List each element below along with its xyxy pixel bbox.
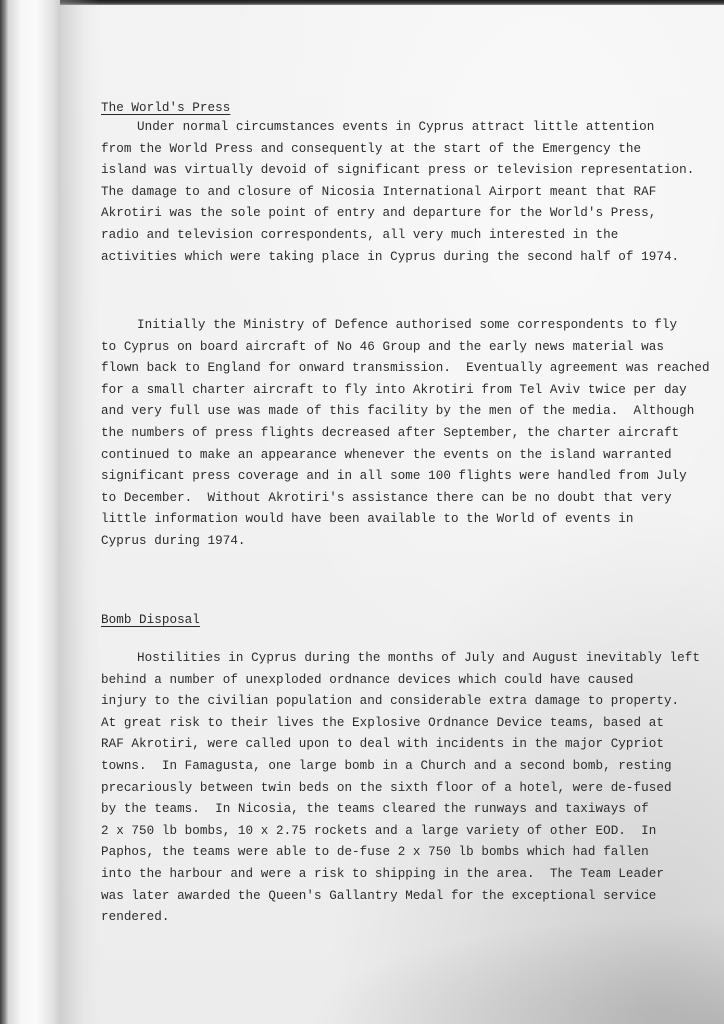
text-line: activities which were taking place in Cy…	[101, 247, 694, 269]
text-line: towns. In Famagusta, one large bomb in a…	[101, 756, 700, 778]
text-line: RAF Akrotiri, were called upon to deal w…	[101, 734, 700, 756]
text-line: Paphos, the teams were able to de-fuse 2…	[101, 842, 700, 864]
text-line: flown back to England for onward transmi…	[101, 358, 710, 380]
text-line: The damage to and closure of Nicosia Int…	[101, 182, 694, 204]
paragraph: Hostilities in Cyprus during the months …	[101, 648, 700, 929]
text-line: Hostilities in Cyprus during the months …	[101, 648, 700, 670]
text-line: radio and television correspondents, all…	[101, 225, 694, 247]
text-line: behind a number of unexploded ordnance d…	[101, 670, 700, 692]
text-line: by the teams. In Nicosia, the teams clea…	[101, 799, 700, 821]
text-line: and very full use was made of this facil…	[101, 401, 710, 423]
paragraph: Initially the Ministry of Defence author…	[101, 315, 710, 553]
section-heading: Bomb Disposal	[101, 610, 200, 632]
text-line: for a small charter aircraft to fly into…	[101, 380, 710, 402]
paragraph: Under normal circumstances events in Cyp…	[101, 117, 694, 268]
text-line: to December. Without Akrotiri's assistan…	[101, 488, 710, 510]
text-line: Cyprus during 1974.	[101, 531, 710, 553]
text-line: significant press coverage and in all so…	[101, 466, 710, 488]
text-line: precariously between twin beds on the si…	[101, 778, 700, 800]
text-line: At great risk to their lives the Explosi…	[101, 713, 700, 735]
text-line: continued to make an appearance whenever…	[101, 445, 710, 467]
page-curl-shadow	[304, 914, 724, 1024]
text-line: into the harbour and were a risk to ship…	[101, 864, 700, 886]
text-line: Under normal circumstances events in Cyp…	[101, 117, 694, 139]
text-line: Initially the Ministry of Defence author…	[101, 315, 710, 337]
text-line: little information would have been avail…	[101, 509, 710, 531]
scanned-page: The World's Press Under normal circumsta…	[0, 0, 724, 1024]
text-line: 2 x 750 lb bombs, 10 x 2.75 rockets and …	[101, 821, 700, 843]
text-line: rendered.	[101, 907, 700, 929]
text-line: island was virtually devoid of significa…	[101, 160, 694, 182]
text-line: the numbers of press flights decreased a…	[101, 423, 710, 445]
binding-strip	[8, 0, 60, 1024]
binding-shadow	[60, 0, 100, 1024]
text-line: injury to the civilian population and co…	[101, 691, 700, 713]
scan-top-edge	[0, 0, 724, 5]
text-line: was later awarded the Queen's Gallantry …	[101, 886, 700, 908]
scan-left-edge	[0, 0, 8, 1024]
text-line: Akrotiri was the sole point of entry and…	[101, 203, 694, 225]
text-line: to Cyprus on board aircraft of No 46 Gro…	[101, 337, 710, 359]
section-bomb-disposal: Bomb Disposal	[101, 610, 200, 632]
text-line: from the World Press and consequently at…	[101, 139, 694, 161]
